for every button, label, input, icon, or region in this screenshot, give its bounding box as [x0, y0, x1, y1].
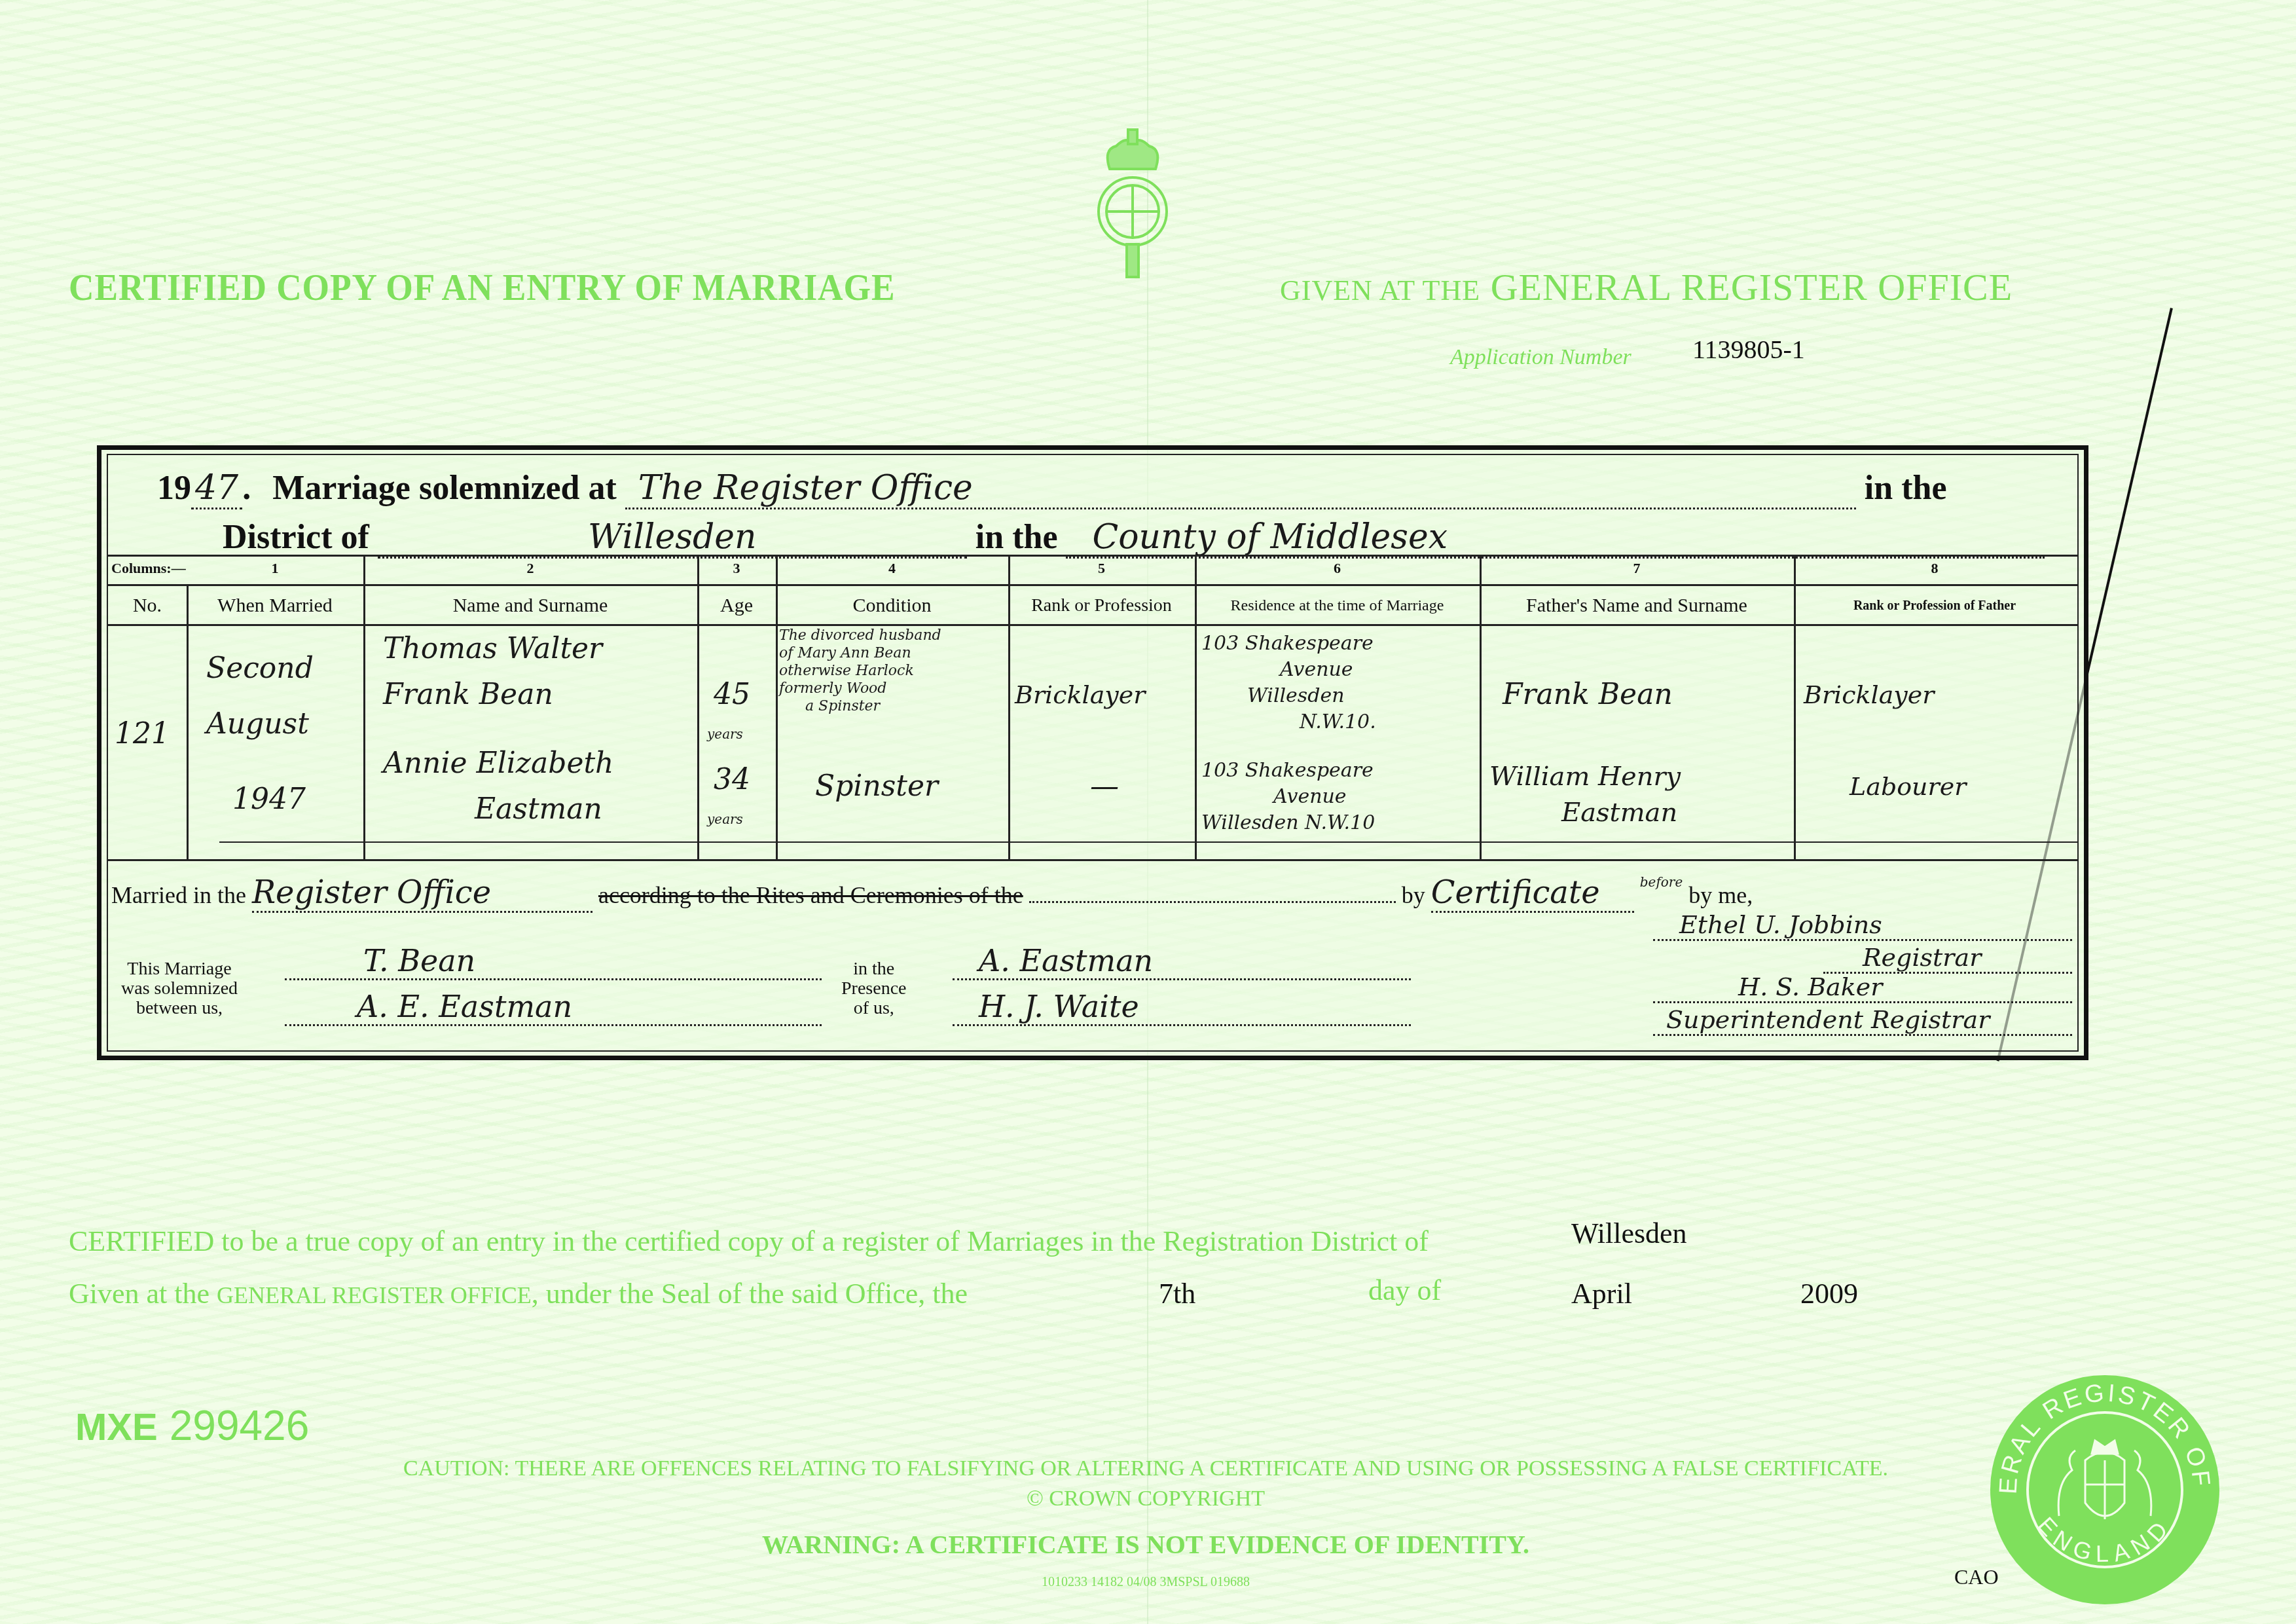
rites-label-struck: according to the Rites and Ceremonies of… — [598, 882, 1023, 908]
print-code: 1010233 14182 04/08 3MSPSL 019688 — [393, 1575, 1899, 1590]
identity-warning: WARNING: A CERTIFICATE IS NOT EVIDENCE O… — [393, 1529, 1899, 1560]
signature-registrar: Ethel U. Jobbins — [1653, 910, 2072, 941]
between-us-label: This Marriage was solemnized between us, — [121, 959, 238, 1018]
bride-residence: 103 Shakespeare Avenue Willesden N.W.10 — [1201, 758, 1375, 836]
when-married-month: August — [206, 707, 309, 741]
col-header-name: Name and Surname — [363, 593, 697, 619]
col-header-condition: Condition — [776, 593, 1008, 619]
solemnized-at-value: The Register Office — [625, 468, 1856, 509]
col-header-rank: Rank or Profession — [1008, 593, 1195, 619]
married-in-value: Register Office — [252, 874, 592, 913]
groom-father-rank: Bricklayer — [1804, 678, 1934, 712]
county-value: County of Middlesex — [1066, 517, 2045, 559]
serial-number: MXE299426 — [75, 1401, 309, 1450]
groom-condition: The divorced husband of Mary Ann Bean ot… — [779, 627, 941, 715]
bride-condition: Spinster — [815, 769, 938, 803]
entry-number: 121 — [115, 717, 170, 751]
office-title: Given at the GENERAL REGISTER OFFICE — [1280, 265, 2013, 309]
issue-year: 2009 — [1800, 1277, 1858, 1310]
presence-label: in the Presence of us, — [841, 959, 907, 1018]
col-header-father-name: Father's Name and Surname — [1480, 593, 1794, 619]
bride-age: 34 — [714, 763, 750, 797]
bride-father-name-2: Eastman — [1561, 796, 1677, 830]
col-header-residence: Residence at the time of Marriage — [1195, 593, 1480, 619]
signature-witness-2: H. J. Waite — [953, 989, 1411, 1026]
certificate-title: CERTIFIED COPY OF AN ENTRY OF MARRIAGE — [69, 265, 895, 309]
columns-label: Columns:— — [111, 560, 187, 577]
groom-residence: 103 Shakespeare Avenue Willesden N.W.10. — [1201, 631, 1376, 735]
when-married-day: Second — [206, 652, 314, 686]
certified-district: Willesden — [1571, 1217, 1687, 1250]
groom-name-line-1: Thomas Walter — [383, 632, 602, 666]
day-of-label: day of — [1368, 1274, 1441, 1307]
general-register-office-seal-icon: GENERAL REGISTER OFFICE ENGLAND — [1987, 1372, 2223, 1608]
entry-header-line-2: District of Willesden in the County of M… — [223, 517, 2045, 559]
groom-rank: Bricklayer — [1015, 678, 1145, 712]
groom-age: 45 — [714, 678, 750, 712]
col-header-when-married: When Married — [187, 593, 363, 619]
bride-name-line-2: Eastman — [475, 792, 602, 826]
caution-notice: CAUTION: THERE ARE OFFENCES RELATING TO … — [393, 1454, 1899, 1514]
col-header-father-rank: Rank or Profession of Father — [1794, 593, 2075, 619]
registrar-title: Registrar — [1823, 943, 2072, 974]
signature-superintendent: H. S. Baker — [1653, 972, 2072, 1003]
when-married-year: 1947 — [232, 783, 306, 817]
district-value: Willesden — [378, 517, 967, 559]
bride-rank: — — [1090, 769, 1119, 803]
married-in-row: Married in the Register Office according… — [111, 874, 1753, 913]
groom-name-line-2: Frank Bean — [383, 678, 553, 712]
bride-name-line-1: Annie Elizabeth — [383, 747, 613, 781]
entry-year: 47 — [191, 468, 242, 509]
issue-month: April — [1571, 1277, 1632, 1310]
superintendent-title: Superintendent Registrar — [1653, 1005, 2072, 1036]
entry-header-line-1: 1947. Marriage solemnized at The Registe… — [157, 468, 1946, 509]
certification-line-2: Given at the General Register Office, un… — [69, 1277, 968, 1310]
register-entry: 1947. Marriage solemnized at The Registe… — [97, 445, 2088, 1060]
col-header-age: Age — [697, 593, 776, 619]
col-header-no: No. — [108, 593, 187, 619]
royal-crest-icon — [1090, 123, 1175, 293]
bride-father-name-1: William Henry — [1489, 760, 1681, 794]
signature-groom: T. Bean — [285, 943, 822, 980]
application-number: 1139805-1 — [1692, 334, 1805, 365]
groom-father-name: Frank Bean — [1503, 678, 1673, 712]
signature-bride: A. E. Eastman — [285, 989, 822, 1026]
issue-day: 7th — [1159, 1277, 1195, 1310]
bride-father-rank: Labourer — [1850, 769, 1966, 803]
signature-witness-1: A. Eastman — [953, 943, 1411, 980]
by-value: Certificate — [1431, 874, 1634, 913]
certification-line-1: CERTIFIED to be a true copy of an entry … — [69, 1225, 1429, 1258]
application-number-label: Application Number — [1450, 345, 1631, 370]
